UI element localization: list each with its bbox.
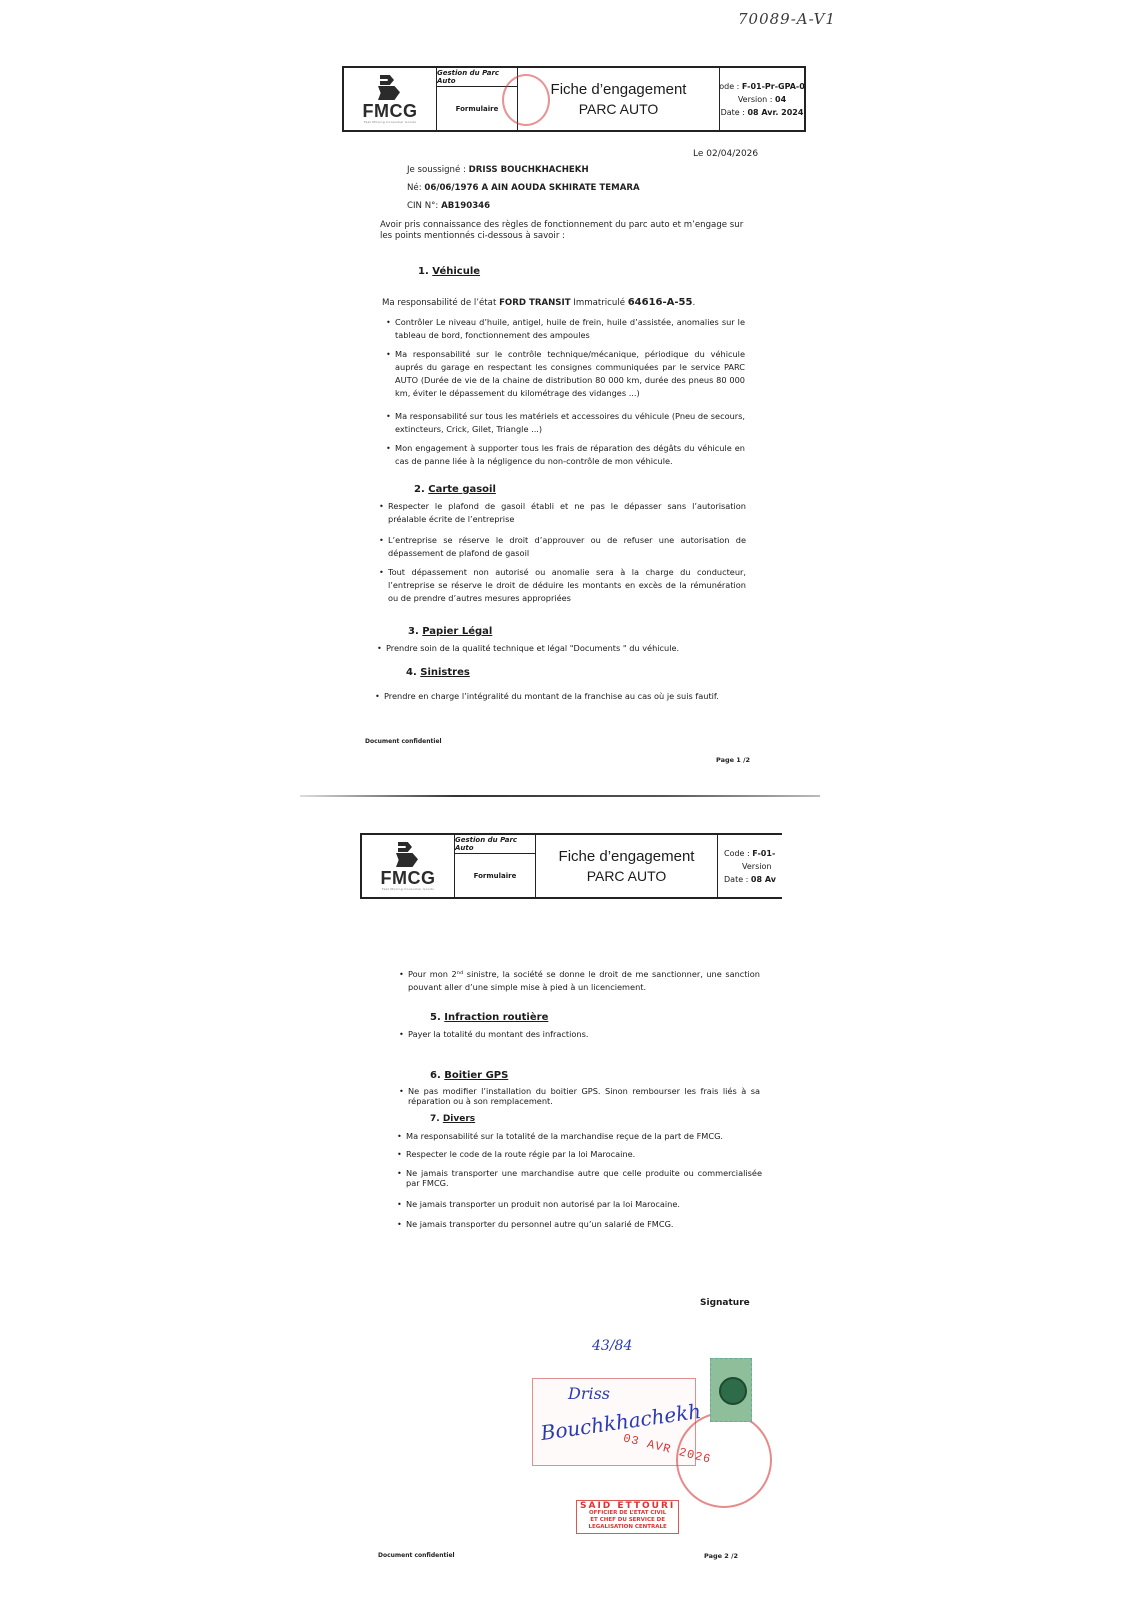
signer-line: Je soussigné : DRISS BOUCHKHACHEKH bbox=[407, 164, 589, 177]
intro-paragraph: Avoir pris connaissance des règles de fo… bbox=[380, 220, 752, 242]
officer-title-3: LEGALISATION CENTRALE bbox=[580, 1524, 675, 1531]
section-sinistres-title: 4. Sinistres bbox=[406, 667, 470, 678]
fmcg-arrow-icon bbox=[376, 74, 404, 102]
code-value: F-01- bbox=[752, 849, 775, 858]
section-divers-title: 7. Divers bbox=[430, 1114, 475, 1124]
department-label: Gestion du Parc Auto bbox=[455, 835, 535, 854]
red-stamp-mark bbox=[502, 74, 550, 126]
vehicle-model: FORD TRANSIT bbox=[499, 298, 571, 308]
vehicule-bullet-1: •Contrôler Le niveau d’huile, antigel, h… bbox=[395, 316, 745, 342]
infraction-bullet-1: •Payer la totalité du montant des infrac… bbox=[408, 1028, 760, 1041]
vehicle-responsibility-line: Ma responsabilité de l’état FORD TRANSIT… bbox=[382, 296, 695, 310]
gasoil-bullet-2: •L’entreprise se réserve le droit d’appr… bbox=[388, 534, 746, 560]
officer-name: SAID ETTOURI bbox=[580, 1503, 675, 1510]
born-value: 06/06/1976 A AIN AOUDA SKHIRATE TEMARA bbox=[424, 183, 639, 193]
company-tagline: Fast Moving Consumer Goods bbox=[382, 887, 434, 891]
date-value: 08 Av bbox=[751, 875, 776, 884]
signature-name-line-1: Driss bbox=[568, 1384, 610, 1403]
footer-page-number: Page 2 /2 bbox=[704, 1552, 738, 1560]
form-meta: Code : F-01-Pr-GPA-01 Version : 04 Date … bbox=[720, 68, 804, 130]
handwritten-reference-note: 70089-A-V1 bbox=[738, 10, 836, 28]
divers-bullet-3: •Ne jamais transporter une marchandise a… bbox=[406, 1168, 762, 1188]
signer-name: DRISS BOUCHKHACHEKH bbox=[469, 165, 589, 175]
title-line-1: Fiche d’engagement bbox=[551, 80, 687, 100]
vehicule-bullet-3: •Ma responsabilité sur tous les matériel… bbox=[395, 410, 745, 436]
divers-bullet-4: •Ne jamais transporter un produit non au… bbox=[406, 1198, 762, 1211]
form-header: FMCG Fast Moving Consumer Goods Gestion … bbox=[342, 66, 806, 132]
document-date: Le 02/04/2026 bbox=[693, 148, 758, 161]
form-title: Fiche d’engagement PARC AUTO bbox=[536, 835, 718, 897]
divers-bullet-5: •Ne jamais transporter du personnel autr… bbox=[406, 1218, 762, 1231]
form-meta: Code : F-01- Version Date : 08 Av bbox=[718, 835, 782, 897]
fiscal-stamp bbox=[710, 1358, 752, 1422]
company-logo: FMCG Fast Moving Consumer Goods bbox=[344, 68, 437, 130]
title-line-2: PARC AUTO bbox=[587, 867, 667, 885]
version-value: 04 bbox=[775, 95, 786, 104]
cin-value: AB190346 bbox=[441, 201, 490, 211]
cin-label: CIN N°: bbox=[407, 201, 438, 211]
vehicule-bullet-4: •Mon engagement à supporter tous les fra… bbox=[395, 442, 745, 468]
officer-stamp: SAID ETTOURI OFFICIER DE L’ETAT CIVIL ET… bbox=[576, 1500, 679, 1534]
code-value: F-01-Pr-GPA-01 bbox=[742, 82, 804, 91]
officer-title-2: ET CHEF DU SERVICE DE bbox=[580, 1517, 675, 1524]
fmcg-arrow-icon bbox=[394, 841, 422, 869]
section-vehicule-title: 1. Véhicule bbox=[418, 266, 480, 277]
section-carte-gasoil-title: 2. Carte gasoil bbox=[414, 484, 496, 495]
version-label: Version : bbox=[738, 95, 773, 104]
footer-confidential: Document confidentiel bbox=[365, 738, 442, 745]
vehicle-plate: 64616-A-55 bbox=[628, 297, 693, 308]
handwritten-number: 43/84 bbox=[592, 1338, 632, 1354]
date-label: Date : bbox=[721, 108, 745, 117]
divers-bullet-2: •Respecter le code de la route régie par… bbox=[406, 1148, 762, 1161]
birth-line: Né: 06/06/1976 A AIN AOUDA SKHIRATE TEMA… bbox=[407, 182, 640, 195]
signature-label: Signature bbox=[700, 1298, 750, 1308]
section-gps-title: 6. Boitier GPS bbox=[430, 1070, 508, 1081]
divers-bullet-1: •Ma responsabilité sur la totalité de la… bbox=[406, 1130, 762, 1143]
document-page-1: FMCG Fast Moving Consumer Goods Gestion … bbox=[300, 50, 820, 795]
doc-type-label: Formulaire bbox=[455, 854, 535, 897]
round-official-stamp bbox=[676, 1412, 772, 1508]
papier-legal-bullet-1: •Prendre soin de la qualité technique et… bbox=[386, 642, 746, 655]
sinistres-bullet-1: •Prendre en charge l’intégralité du mont… bbox=[384, 690, 754, 703]
vehicule-bullet-2: •Ma responsabilité sur le contrôle techn… bbox=[395, 348, 745, 400]
signer-label: Je soussigné : bbox=[407, 165, 466, 175]
title-line-2: PARC AUTO bbox=[579, 100, 659, 118]
gasoil-bullet-3: •Tout dépassement non autorisé ou anomal… bbox=[388, 566, 746, 605]
officer-title-1: OFFICIER DE L’ETAT CIVIL bbox=[580, 1510, 675, 1517]
footer-confidential: Document confidentiel bbox=[378, 1552, 455, 1559]
footer-page-number: Page 1 /2 bbox=[716, 756, 750, 764]
department-label: Gestion du Parc Auto bbox=[437, 68, 517, 87]
document-page-2: FMCG Fast Moving Consumer Goods Gestion … bbox=[300, 800, 820, 1599]
code-label: Code : bbox=[720, 82, 739, 91]
date-value: 08 Avr. 2024 bbox=[747, 108, 803, 117]
cin-line: CIN N°: AB190346 bbox=[407, 200, 490, 213]
form-title: Fiche d’engagement PARC AUTO bbox=[518, 68, 720, 130]
gps-bullet-1: •Ne pas modifier l’installation du boiti… bbox=[408, 1086, 760, 1106]
company-logo: FMCG Fast Moving Consumer Goods bbox=[362, 835, 455, 897]
version-label: Version bbox=[742, 862, 771, 871]
page-divider bbox=[300, 795, 820, 797]
section-infraction-title: 5. Infraction routière bbox=[430, 1012, 548, 1023]
section-papier-legal-title: 3. Papier Légal bbox=[408, 626, 492, 637]
company-name: FMCG bbox=[381, 869, 436, 887]
sinistre-continued-bullet: •Pour mon 2ⁿᵈ sinistre, la société se do… bbox=[408, 968, 760, 994]
company-name: FMCG bbox=[363, 102, 418, 120]
born-label: Né: bbox=[407, 183, 422, 193]
form-header-page-2: FMCG Fast Moving Consumer Goods Gestion … bbox=[360, 833, 782, 899]
title-line-1: Fiche d’engagement bbox=[559, 847, 695, 867]
gasoil-bullet-1: •Respecter le plafond de gasoil établi e… bbox=[388, 500, 746, 526]
company-tagline: Fast Moving Consumer Goods bbox=[364, 120, 416, 124]
